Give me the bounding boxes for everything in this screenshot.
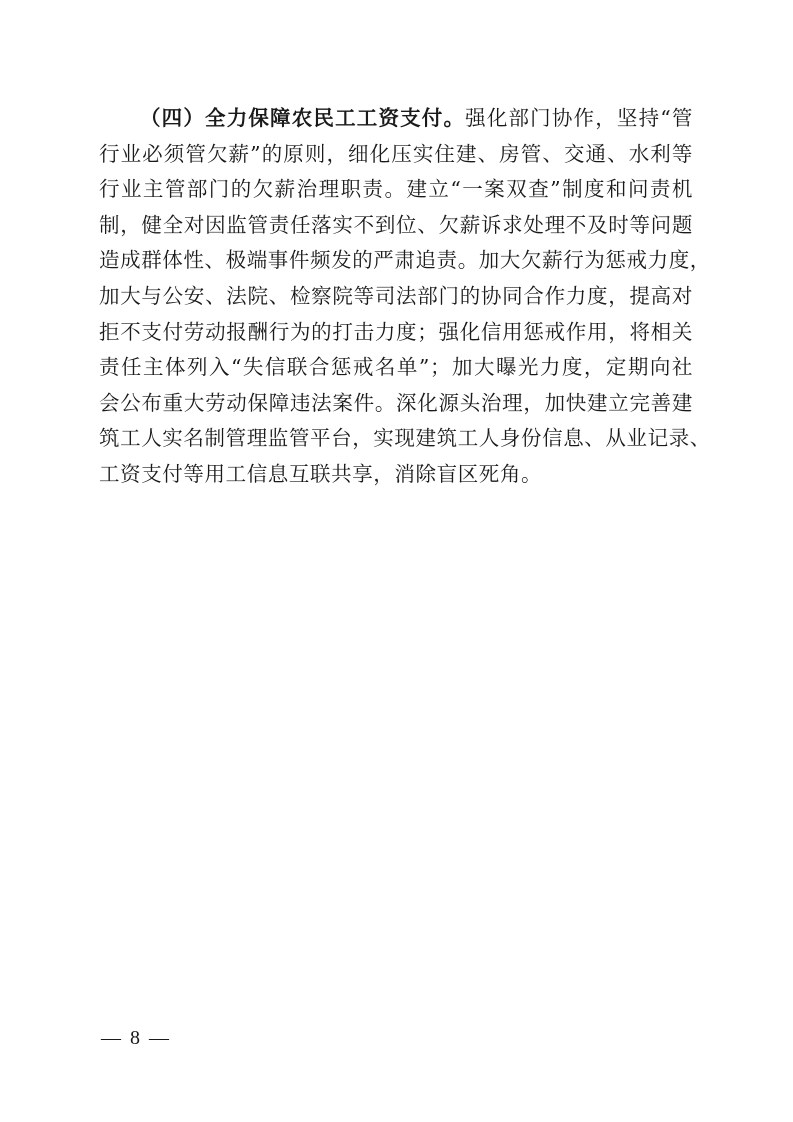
section-heading: （四）全力保障农民工工资支付。 <box>140 106 465 130</box>
paragraph-line-11: 工资支付等用工信息互联共享，消除盲区死角。 <box>99 457 693 493</box>
paragraph-line-10: 筑工人实名制管理监管平台，实现建筑工人身份信息、从业记录、 <box>99 421 693 457</box>
paragraph-line-5: 造成群体性、极端事件频发的严肃追责。加大欠薪行为惩戒力度， <box>99 243 693 279</box>
paragraph-line-3: 行业主管部门的欠薪治理职责。建立“一案双查”制度和问责机 <box>99 172 693 208</box>
paragraph-line-4: 制，健全对因监管责任落实不到位、欠薪诉求处理不及时等问题 <box>99 208 693 244</box>
paragraph-line-2: 行业必须管欠薪”的原则，细化压实住建、房管、交通、水利等 <box>99 137 693 173</box>
page-number: — 8 — <box>101 1027 171 1050</box>
paragraph-line-7: 拒不支付劳动报酬行为的打击力度；强化信用惩戒作用，将相关 <box>99 315 693 351</box>
paragraph-line-6: 加大与公安、法院、检察院等司法部门的协同合作力度，提高对 <box>99 279 693 315</box>
paragraph-line-1: （四）全力保障农民工工资支付。强化部门协作，坚持“管 <box>99 101 693 137</box>
document-page: （四）全力保障农民工工资支付。强化部门协作，坚持“管 行业必须管欠薪”的原则，细… <box>0 0 793 1122</box>
paragraph-text: 强化部门协作，坚持“管 <box>465 106 693 130</box>
paragraph-wage-payment: （四）全力保障农民工工资支付。强化部门协作，坚持“管 行业必须管欠薪”的原则，细… <box>99 101 693 493</box>
paragraph-line-9: 会公布重大劳动保障违法案件。深化源头治理，加快建立完善建 <box>99 386 693 422</box>
paragraph-line-8: 责任主体列入“失信联合惩戒名单”；加大曝光力度，定期向社 <box>99 350 693 386</box>
